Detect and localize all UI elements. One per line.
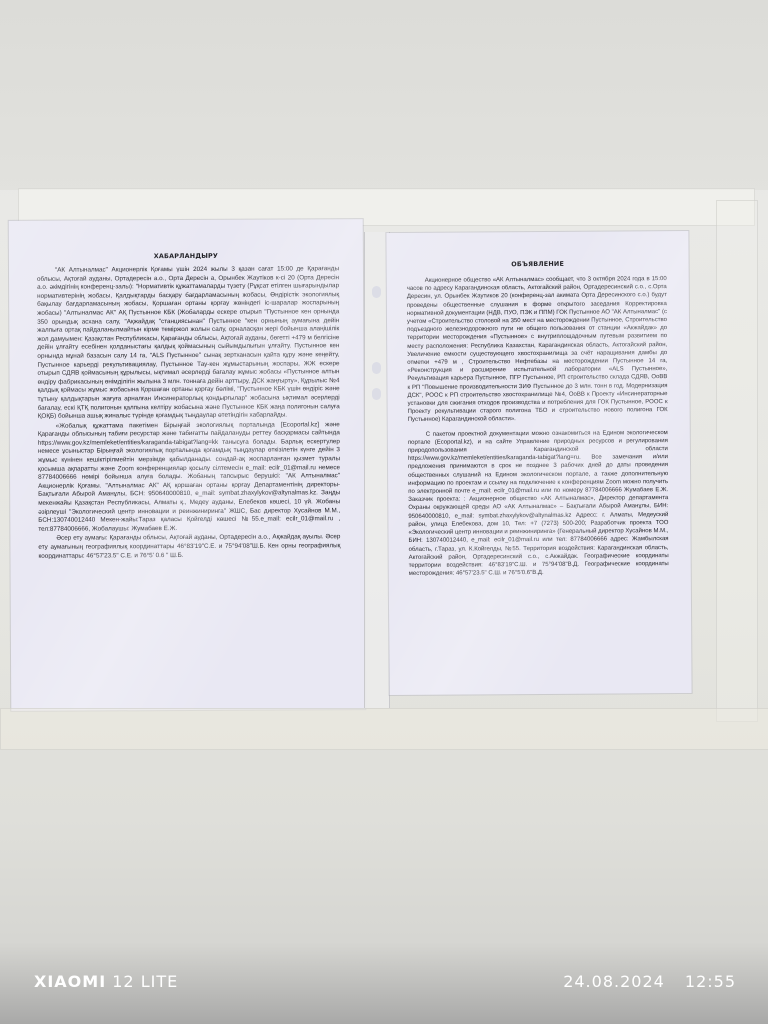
notice-kazakh-title: ХАБАРЛАНДЫРУ xyxy=(9,219,363,267)
punch-hole xyxy=(372,388,381,400)
punch-hole xyxy=(372,286,381,298)
notice-russian-body: Акционерное общество «АК Алтыналмас» соо… xyxy=(387,275,691,578)
notice-kazakh: ХАБАРЛАНДЫРУ "АК Алтыналмас" Акционерлік… xyxy=(9,219,366,711)
notice-russian-title: ОБЪЯВЛЕНИЕ xyxy=(386,231,688,277)
camera-watermark-device: XIAOMI 12 LITE xyxy=(34,972,178,991)
camera-watermark-timestamp: 24.08.2024 12:55 xyxy=(563,972,736,991)
watermark-model: 12 LITE xyxy=(112,972,178,991)
watermark-brand: XIAOMI xyxy=(34,972,106,991)
watermark-time: 12:55 xyxy=(685,972,736,991)
tape-bottom xyxy=(0,708,768,750)
notice-kazakh-paragraph: «Жобалық құжаттама пакетімен Бірыңғай эк… xyxy=(38,421,341,534)
watermark-date: 24.08.2024 xyxy=(563,972,665,991)
tape-right xyxy=(716,200,758,722)
notice-kazakh-paragraph: Әсер ету аумағы: Қарағанды облысы, Ақтоғ… xyxy=(38,534,340,561)
notice-russian-paragraph: С пакетом проектной документации можно о… xyxy=(408,429,669,578)
notice-russian-paragraph: Акционерное общество «АК Алтыналмас» соо… xyxy=(407,275,668,424)
punch-hole xyxy=(372,362,381,374)
notice-kazakh-body: "АК Алтыналмас" Акционерлік Қоғамы үшін … xyxy=(9,265,365,561)
notice-kazakh-paragraph: "АК Алтыналмас" Акционерлік Қоғамы үшін … xyxy=(37,265,340,421)
notice-russian: ОБЪЯВЛЕНИЕ Акционерное общество «АК Алты… xyxy=(386,231,691,695)
